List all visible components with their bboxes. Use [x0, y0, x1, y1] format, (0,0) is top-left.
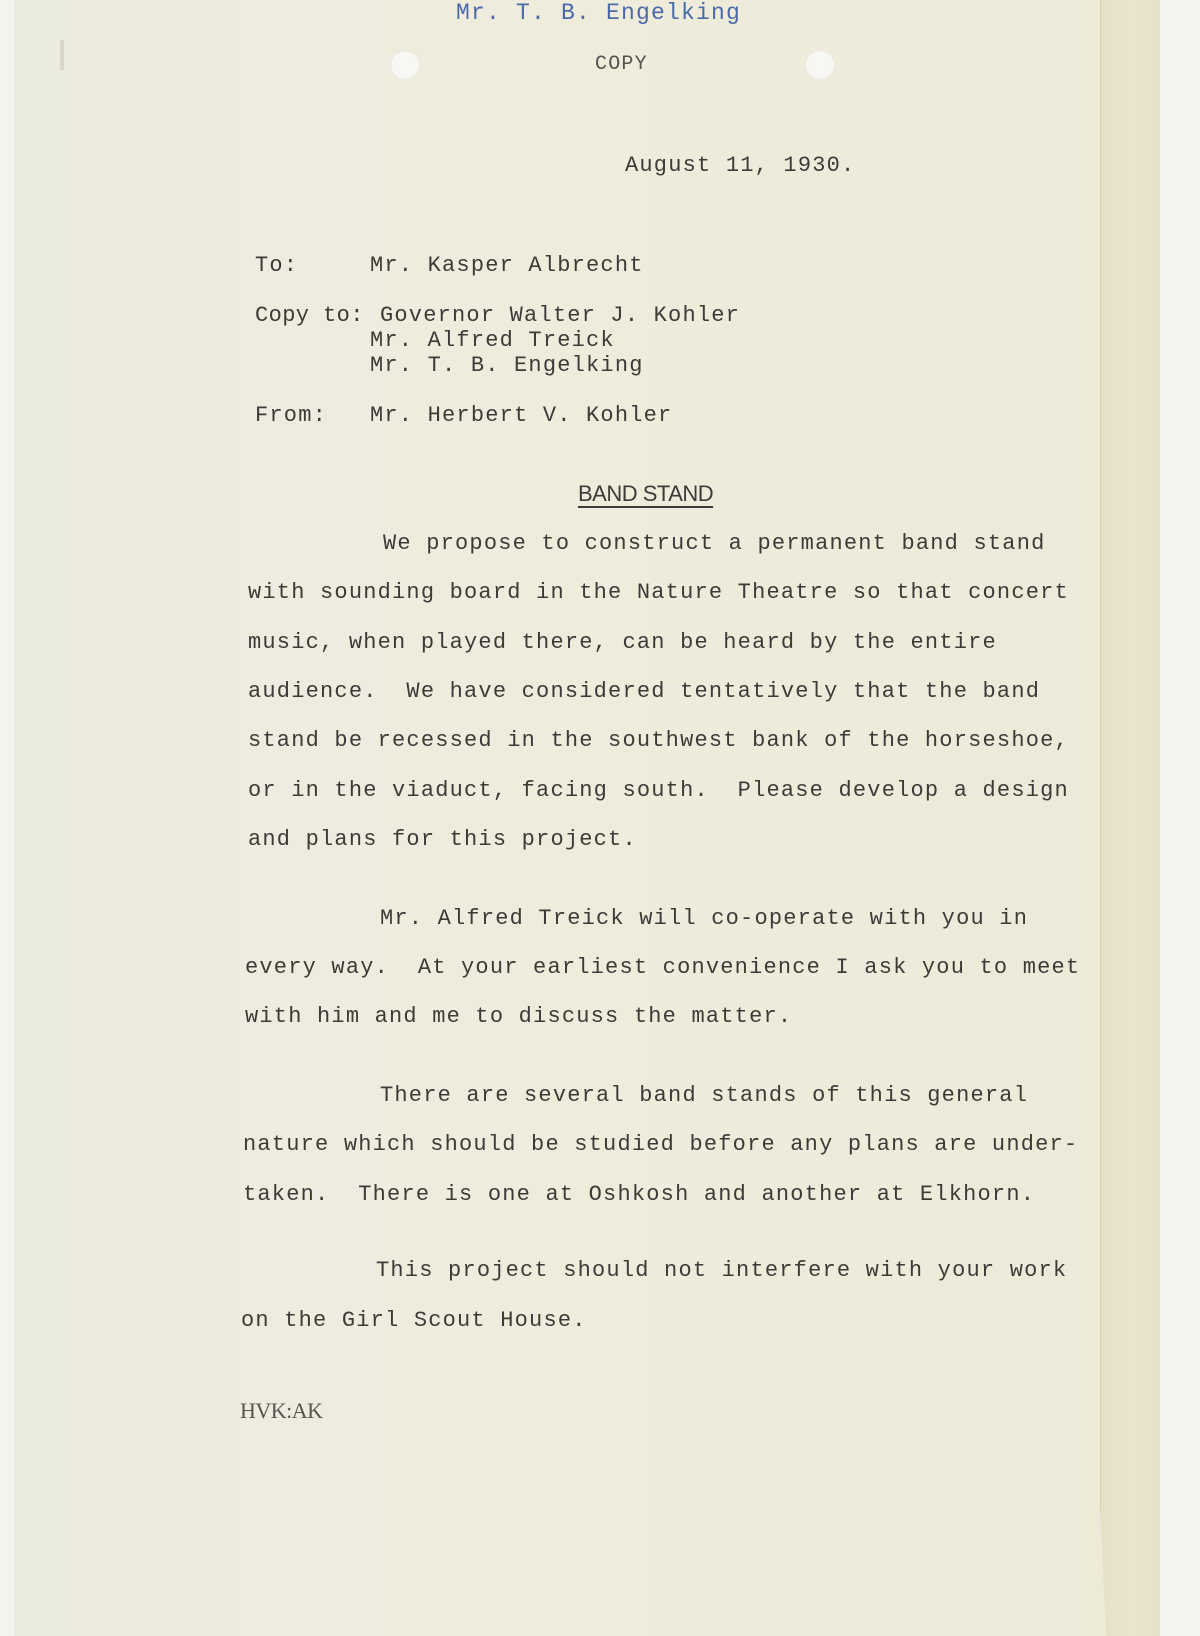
- to-value: Mr. Kasper Albrecht: [370, 255, 644, 277]
- body-line: on the Girl Scout House.: [241, 1310, 587, 1332]
- body-line: audience. We have considered tentatively…: [248, 681, 1040, 703]
- to-label: To:: [255, 255, 298, 277]
- copy-to-recipient: Governor Walter J. Kohler: [380, 305, 740, 327]
- copy-to-recipient: Mr. Alfred Treick: [370, 330, 615, 352]
- paper-fold-edge: [1100, 0, 1161, 1636]
- memo-date: August 11, 1930.: [625, 155, 855, 177]
- body-line: with sounding board in the Nature Theatr…: [248, 582, 1069, 604]
- copy-to-recipient: Mr. T. B. Engelking: [370, 355, 644, 377]
- body-line: every way. At your earliest convenience …: [245, 957, 1080, 979]
- paper-sheet: [14, 0, 1164, 1636]
- from-value: Mr. Herbert V. Kohler: [370, 405, 672, 427]
- body-line: taken. There is one at Oshkosh and anoth…: [243, 1184, 1035, 1206]
- body-line: and plans for this project.: [248, 829, 637, 851]
- from-label: From:: [255, 405, 327, 427]
- reference-initials: HVK:AK: [240, 1400, 323, 1422]
- subject-title: BAND STAND: [578, 483, 713, 505]
- ink-smudge: [60, 40, 64, 70]
- punch-hole-left: [390, 50, 420, 80]
- body-line: Mr. Alfred Treick will co-operate with y…: [380, 908, 1028, 930]
- copy-label: COPY: [595, 55, 648, 75]
- body-line: music, when played there, can be heard b…: [248, 632, 997, 654]
- body-line: or in the viaduct, facing south. Please …: [248, 780, 1069, 802]
- scan-background: [1160, 0, 1200, 1636]
- body-line: nature which should be studied before an…: [243, 1134, 1078, 1156]
- punch-hole-right: [805, 50, 835, 80]
- body-line: We propose to construct a permanent band…: [383, 533, 1046, 555]
- body-line: stand be recessed in the southwest bank …: [248, 730, 1069, 752]
- body-line: There are several band stands of this ge…: [380, 1085, 1028, 1107]
- body-line: This project should not interfere with y…: [376, 1260, 1067, 1282]
- routing-name: Mr. T. B. Engelking: [456, 2, 741, 25]
- body-line: with him and me to discuss the matter.: [245, 1006, 792, 1028]
- copy-to-label: Copy to:: [255, 305, 364, 327]
